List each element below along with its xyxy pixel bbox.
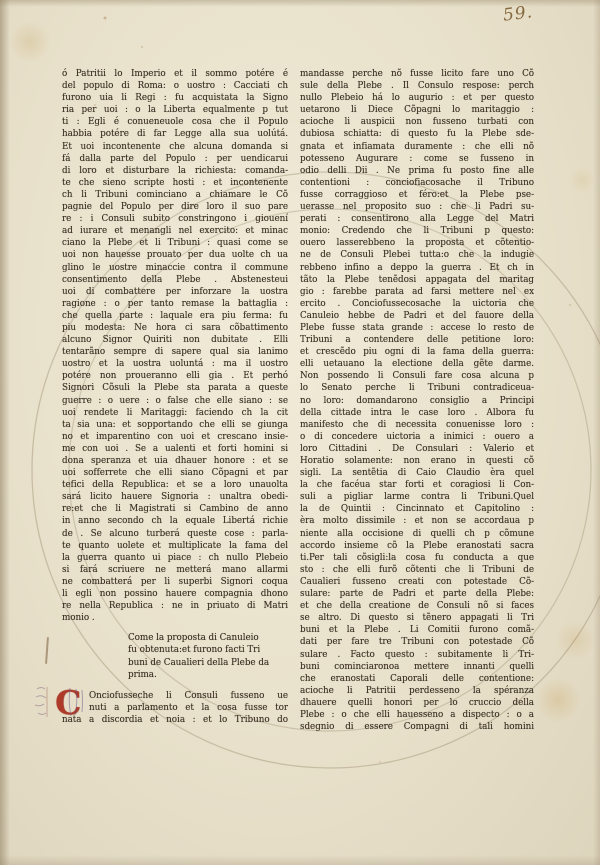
right-column-body-text: mandasse perche nõ fusse licito fare uno… [300,68,534,733]
folio-number: 59. [502,2,534,26]
incunable-page: 59. ó Patritii lo Imperio et il sommo po… [0,0,600,865]
chapter-heading: Come la proposta di Canuleiofu obtenuta:… [128,632,288,680]
left-column-body-text: ó Patritii lo Imperio et il sommo potére… [62,68,288,624]
right-column: mandasse perche nõ fusse licito fare uno… [300,68,534,733]
margin-pen-trials-icon [33,683,57,725]
opening-paragraph-text: Onciofusseche li Consuli fusseno uenuti … [62,690,288,726]
left-column: ó Patritii lo Imperio et il sommo potére… [62,68,288,726]
opening-paragraph: C Onciofusseche li Consuli fusseno uenut… [62,690,288,726]
initial-pen-flourish-icon [60,684,92,720]
margin-quill-mark-icon [45,637,49,664]
